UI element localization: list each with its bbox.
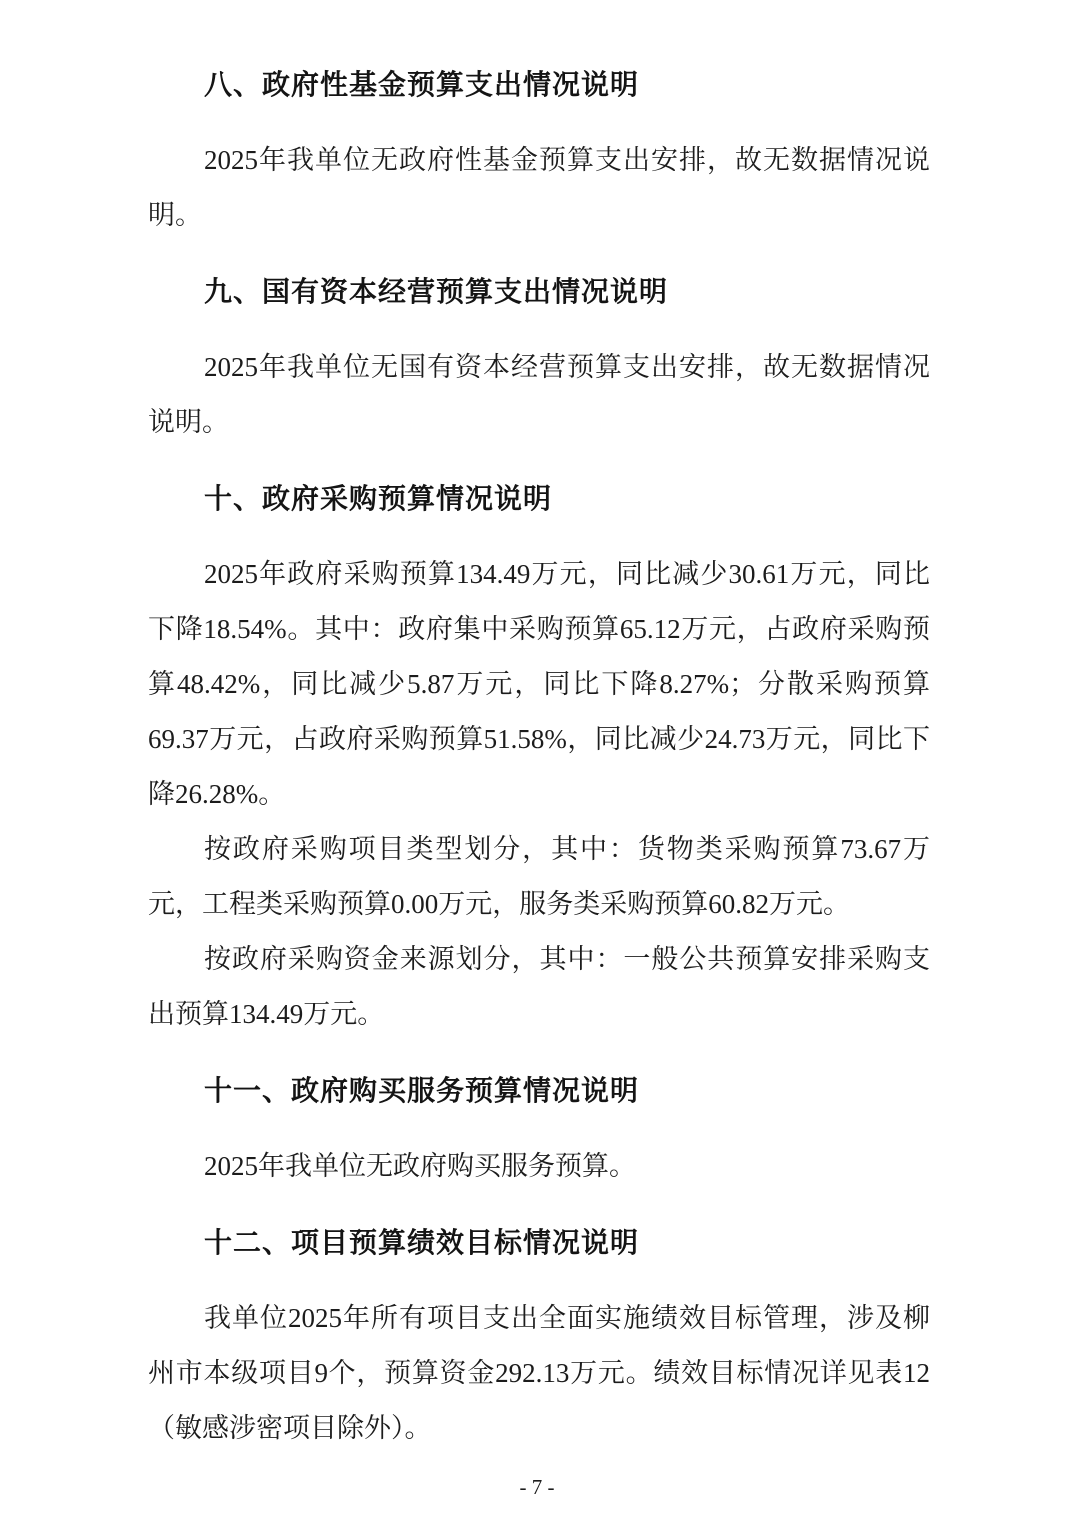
section-heading-10: 十、政府采购预算情况说明 bbox=[148, 471, 930, 526]
section-8-paragraph-1: 2025年我单位无政府性基金预算支出安排，故无数据情况说明。 bbox=[148, 133, 930, 243]
section-gov-purchased-services: 十一、政府购买服务预算情况说明 2025年我单位无政府购买服务预算。 bbox=[148, 1063, 930, 1194]
section-11-paragraph-1: 2025年我单位无政府购买服务预算。 bbox=[148, 1139, 930, 1194]
section-heading-8: 八、政府性基金预算支出情况说明 bbox=[148, 57, 930, 112]
section-heading-9: 九、国有资本经营预算支出情况说明 bbox=[148, 264, 930, 319]
section-project-performance-targets: 十二、项目预算绩效目标情况说明 我单位2025年所有项目支出全面实施绩效目标管理… bbox=[148, 1215, 930, 1456]
section-10-paragraph-2: 按政府采购项目类型划分，其中：货物类采购预算73.67万元，工程类采购预算0.0… bbox=[148, 822, 930, 932]
page-number: - 7 - bbox=[0, 1475, 1074, 1500]
section-heading-11: 十一、政府购买服务预算情况说明 bbox=[148, 1063, 930, 1118]
section-12-paragraph-1: 我单位2025年所有项目支出全面实施绩效目标管理，涉及柳州市本级项目9个，预算资… bbox=[148, 1291, 930, 1456]
section-gov-procurement-budget: 十、政府采购预算情况说明 2025年政府采购预算134.49万元，同比减少30.… bbox=[148, 471, 930, 1042]
section-state-capital-budget: 九、国有资本经营预算支出情况说明 2025年我单位无国有资本经营预算支出安排，故… bbox=[148, 264, 930, 450]
section-10-paragraph-1: 2025年政府采购预算134.49万元，同比减少30.61万元，同比下降18.5… bbox=[148, 547, 930, 822]
section-10-paragraph-3: 按政府采购资金来源划分，其中：一般公共预算安排采购支出预算134.49万元。 bbox=[148, 932, 930, 1042]
section-heading-12: 十二、项目预算绩效目标情况说明 bbox=[148, 1215, 930, 1270]
document-page: 八、政府性基金预算支出情况说明 2025年我单位无政府性基金预算支出安排，故无数… bbox=[0, 0, 1074, 1520]
section-gov-fund-budget: 八、政府性基金预算支出情况说明 2025年我单位无政府性基金预算支出安排，故无数… bbox=[148, 57, 930, 243]
section-9-paragraph-1: 2025年我单位无国有资本经营预算支出安排，故无数据情况说明。 bbox=[148, 340, 930, 450]
